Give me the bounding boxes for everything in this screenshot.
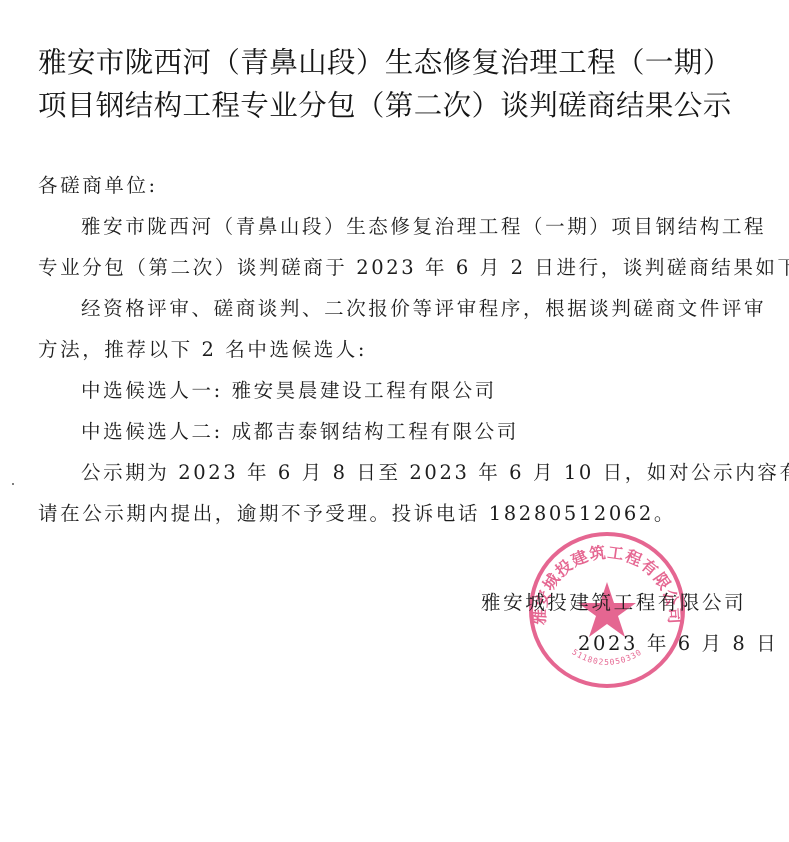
body-paragraph-1-line-2: 专业分包（第二次）谈判磋商于 2023 年 6 月 2 日进行，谈判磋商结果如下… [38, 252, 789, 280]
salutation: 各磋商单位: [38, 170, 158, 198]
signature-date: 2023 年 6 月 8 日 [578, 628, 778, 656]
body-paragraph-1-line-1: 雅安市陇西河（青鼻山段）生态修复治理工程（一期）项目钢结构工程 [81, 211, 766, 239]
body-paragraph-2-line-2: 方法，推荐以下 2 名中选候选人: [38, 334, 367, 362]
candidate-1: 中选候选人一: 雅安昊晨建设工程有限公司 [81, 375, 497, 403]
document-title-line-2: 项目钢结构工程专业分包（第二次）谈判磋商结果公示 [38, 83, 732, 124]
publicity-paragraph-line-2: 请在公示期内提出，逾期不予受理。投诉电话 18280512062。 [38, 498, 676, 526]
scan-speck [12, 483, 14, 485]
publicity-paragraph-line-1: 公示期为 2023 年 6 月 8 日至 2023 年 6 月 10 日，如对公… [81, 457, 789, 485]
signature-organization: 雅安城投建筑工程有限公司 [481, 587, 746, 615]
candidate-2: 中选候选人二: 成都吉泰钢结构工程有限公司 [81, 416, 519, 444]
body-paragraph-2-line-1: 经资格评审、磋商谈判、二次报价等评审程序，根据谈判磋商文件评审 [81, 293, 766, 321]
document-title-line-1: 雅安市陇西河（青鼻山段）生态修复治理工程（一期） [38, 40, 732, 81]
